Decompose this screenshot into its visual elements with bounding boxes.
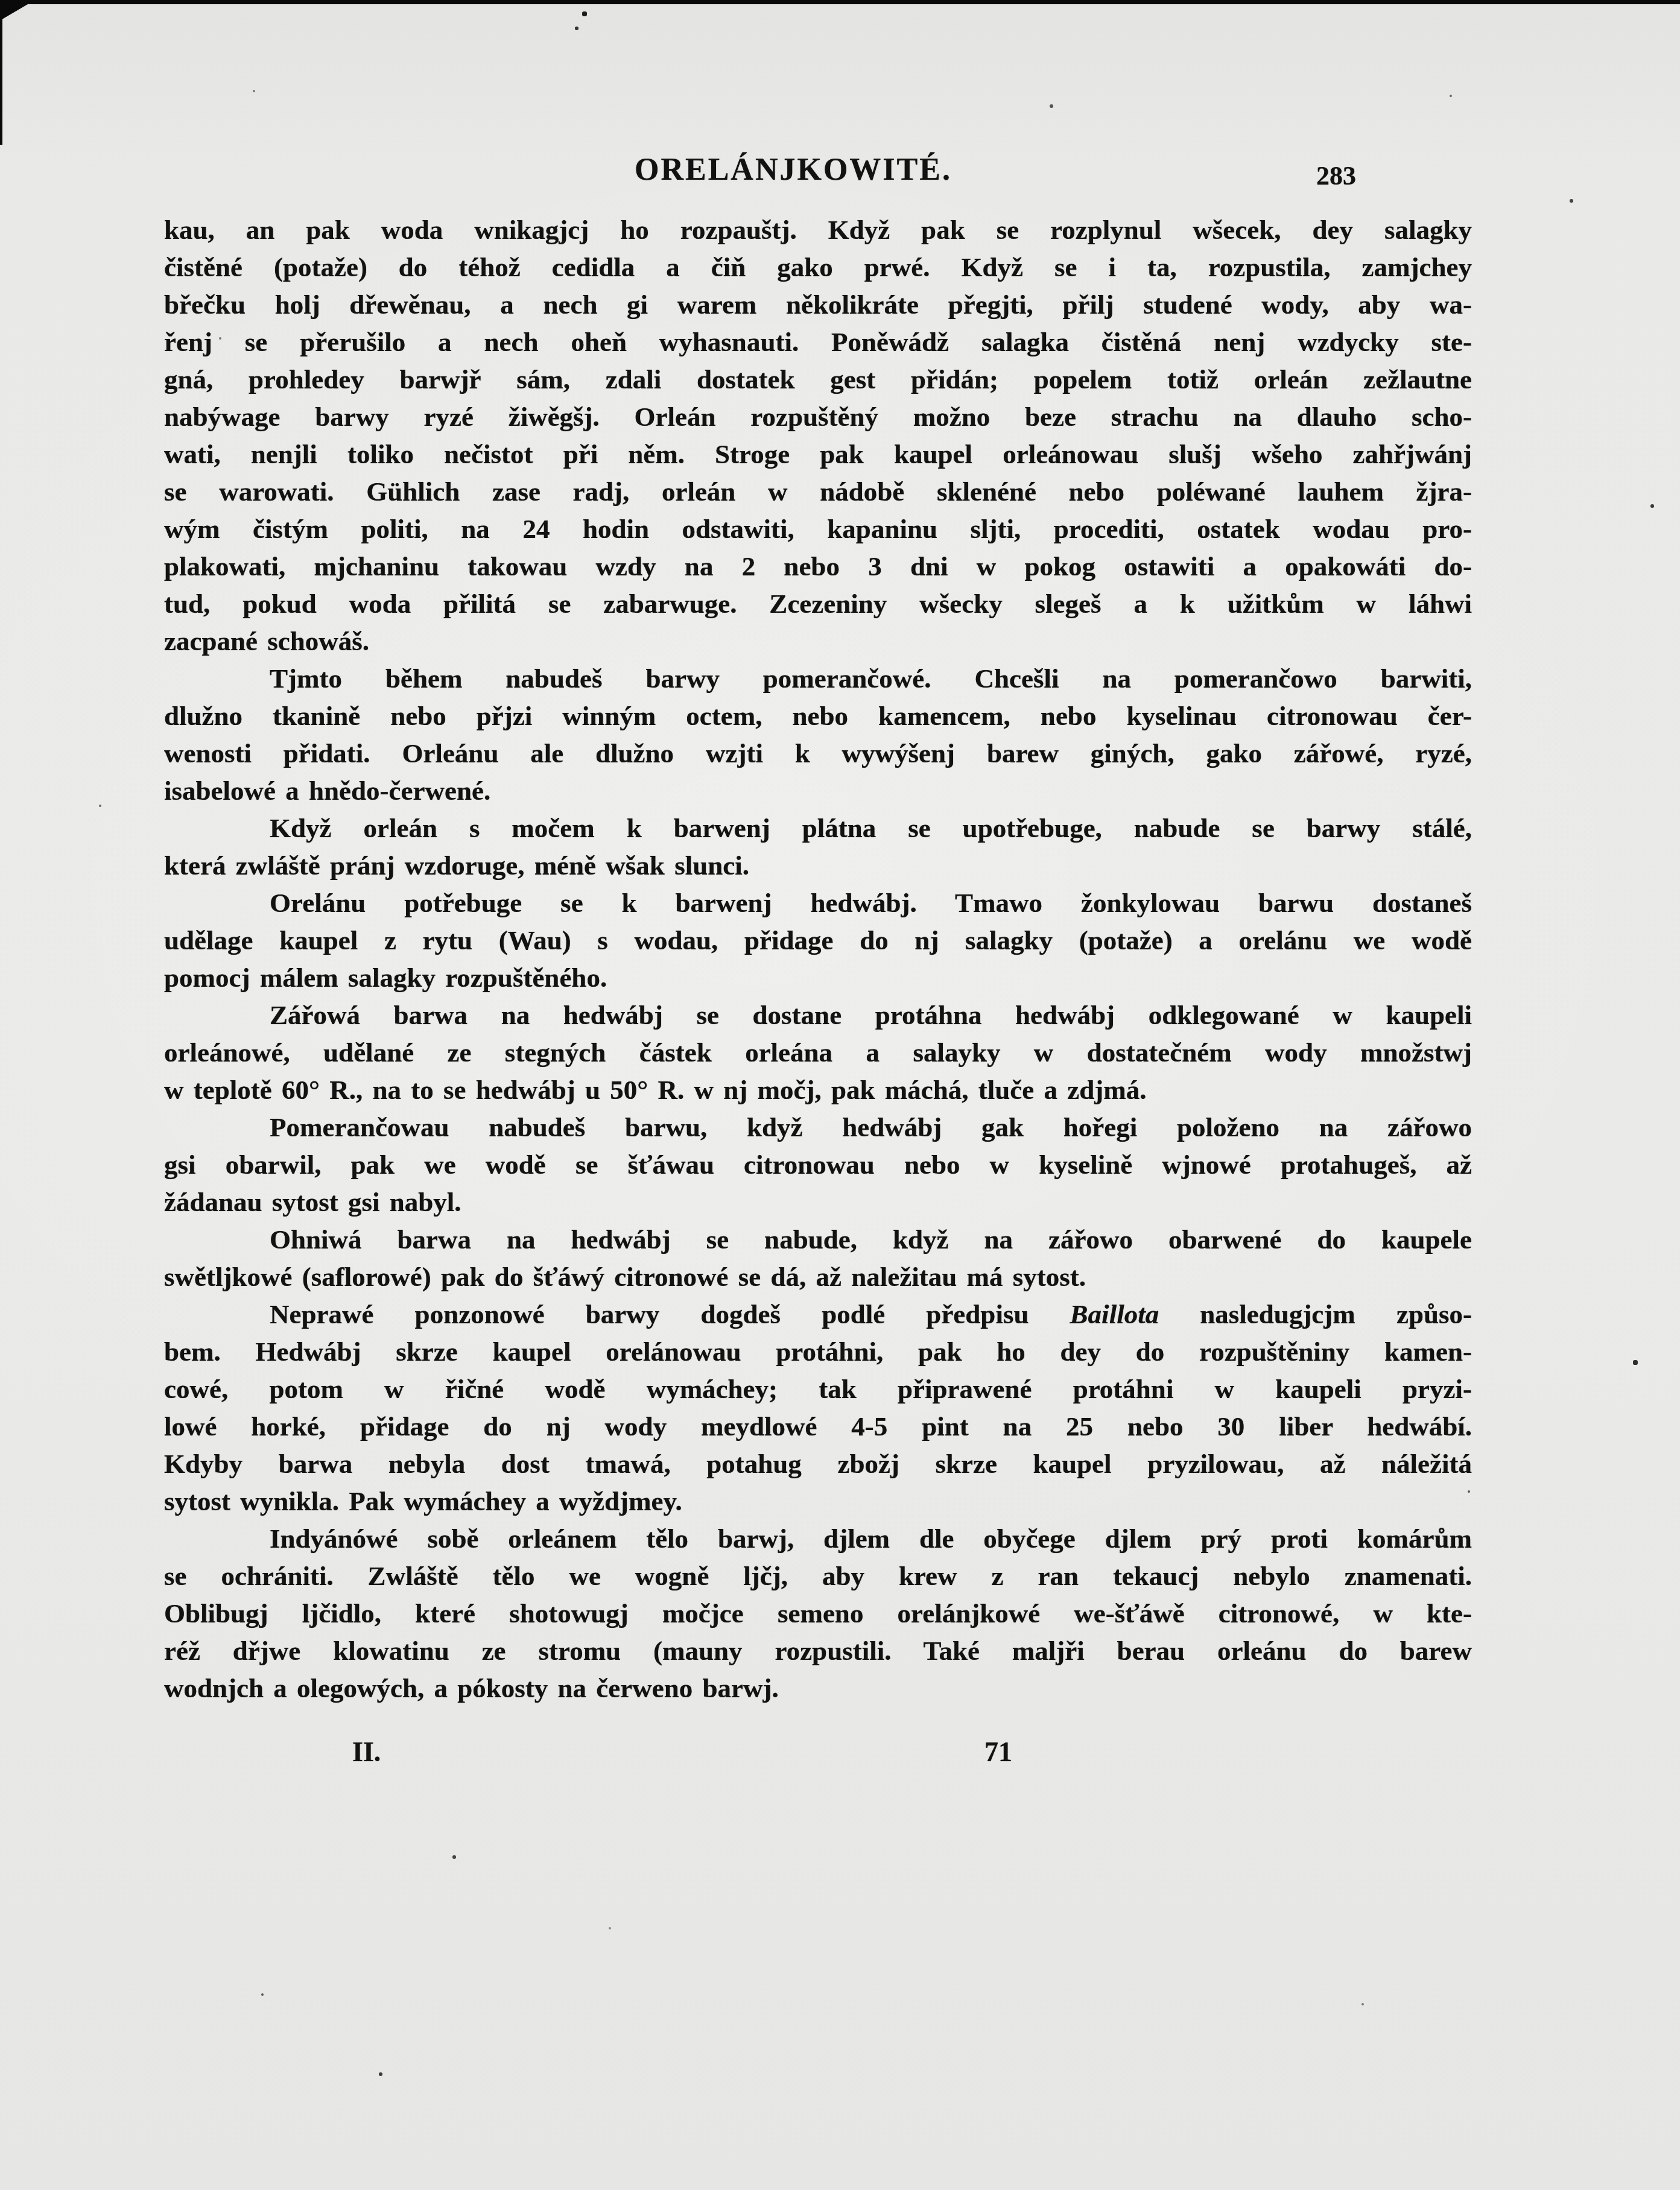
page-header: ORELÁNJKOWITÉ. 283 — [0, 152, 1680, 194]
italic-word: Baillota — [1070, 1299, 1159, 1329]
text-line: lowé horké, přidage do nj wody meydlowé … — [164, 1408, 1472, 1445]
text-line: nabýwage barwy ryzé žiwěgšj. Orleán rozp… — [164, 398, 1472, 435]
text-line: řenj se přerušilo a nech oheň wyhasnauti… — [164, 323, 1472, 361]
text-line: Pomerančowau nabudeš barwu, když hedwábj… — [164, 1109, 1472, 1146]
text-line: plakowati, mjchaninu takowau wzdy na 2 n… — [164, 548, 1472, 585]
signature-mark: 71 — [984, 1736, 1012, 1768]
text-line: isabelowé a hnědo-čerwené. — [164, 772, 1472, 809]
text-line: orleánowé, udělané ze stegných částek or… — [164, 1034, 1472, 1071]
text-line: Tjmto během nabudeš barwy pomerančowé. C… — [164, 660, 1472, 697]
text-line: čistěné (potaže) do téhož cedidla a čiň … — [164, 248, 1472, 286]
text-line: gsi obarwil, pak we wodě se šťáwau citro… — [164, 1146, 1472, 1183]
volume-mark: II. — [352, 1736, 381, 1768]
text-line: wodnjch a olegowých, a pókosty na čerwen… — [164, 1669, 1472, 1707]
text-line: Indyánówé sobě orleánem tělo barwj, djle… — [164, 1520, 1472, 1557]
text-line: gná, prohledey barwjř sám, zdali dostate… — [164, 361, 1472, 398]
page-number: 283 — [1316, 160, 1356, 191]
text-line: Orelánu potřebuge se k barwenj hedwábj. … — [164, 884, 1472, 922]
text-line: Oblibugj ljčidlo, které shotowugj močjce… — [164, 1595, 1472, 1632]
scan-specks — [0, 0, 1, 1]
scan-edge-top — [0, 0, 1680, 4]
text-line: pomocj málem salagky rozpuštěného. — [164, 959, 1472, 996]
text-line: réž dřjwe klowatinu ze stromu (mauny roz… — [164, 1632, 1472, 1669]
text-line: udělage kaupel z rytu (Wau) s wodau, při… — [164, 922, 1472, 959]
text-line: wati, nenjli toliko nečistot při něm. St… — [164, 435, 1472, 473]
text-line: sytost wynikla. Pak wymáchey a wyždjmey. — [164, 1483, 1472, 1520]
text-line: Zářowá barwa na hedwábj se dostane protá… — [164, 996, 1472, 1034]
text-block: kau, an pak woda wnikagjcj ho rozpauštj.… — [164, 211, 1472, 1707]
text-line: swětljkowé (saflorowé) pak do šťáwý citr… — [164, 1258, 1472, 1296]
scan-edge-left — [0, 0, 2, 145]
text-line: wenosti přidati. Orleánu ale dlužno wzjt… — [164, 735, 1472, 772]
text-line: se warowati. Gühlich zase radj, orleán w… — [164, 473, 1472, 510]
text-line: wým čistým politi, na 24 hodin odstawiti… — [164, 510, 1472, 548]
text-line: kau, an pak woda wnikagjcj ho rozpauštj.… — [164, 211, 1472, 248]
running-title: ORELÁNJKOWITÉ. — [635, 152, 952, 188]
text-line: dlužno tkanině nebo přjzi winným octem, … — [164, 697, 1472, 735]
page-footer: II. 71 — [0, 1736, 1680, 1778]
text-line: Ohniwá barwa na hedwábj se nabude, když … — [164, 1221, 1472, 1258]
text-line: žádanau sytost gsi nabyl. — [164, 1183, 1472, 1221]
text-line: bem. Hedwábj skrze kaupel orelánowau pro… — [164, 1333, 1472, 1370]
text-line: Když orleán s močem k barwenj plátna se … — [164, 809, 1472, 847]
scan-corner-wedge — [0, 0, 35, 21]
text-line: cowé, potom w řičné wodě wymáchey; tak p… — [164, 1370, 1472, 1408]
text-line: w teplotě 60° R., na to se hedwábj u 50°… — [164, 1071, 1472, 1109]
text-line: se ochrániti. Zwláště tělo we wogně ljčj… — [164, 1557, 1472, 1595]
text-line: Kdyby barwa nebyla dost tmawá, potahug z… — [164, 1445, 1472, 1483]
text-line: břečku holj dřewěnau, a nech gi warem ně… — [164, 286, 1472, 323]
text-line: zacpané schowáš. — [164, 622, 1472, 660]
text-line: tud, pokud woda přilitá se zabarwuge. Zc… — [164, 585, 1472, 622]
text-line: Neprawé ponzonowé barwy dogdeš podlé pře… — [164, 1296, 1472, 1333]
text-line: která zwláště pránj wzdoruge, méně wšak … — [164, 847, 1472, 884]
